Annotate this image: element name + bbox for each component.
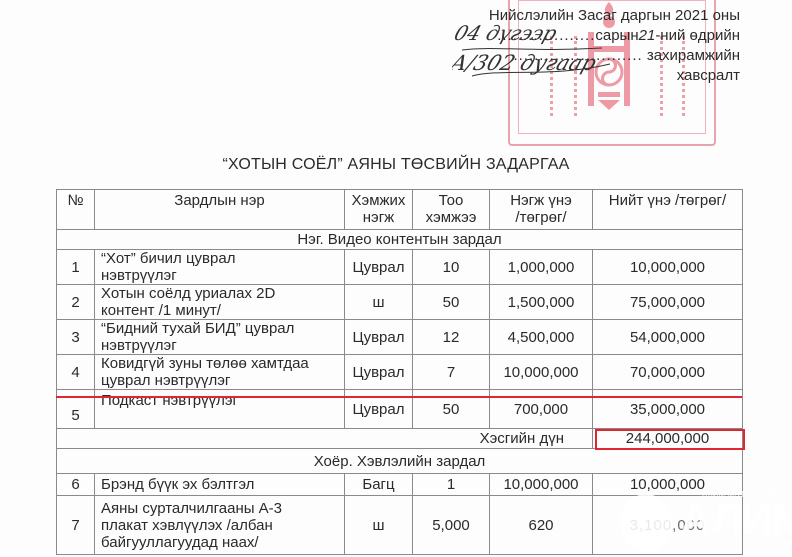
header-unit: Хэмжихнэгж — [345, 190, 413, 230]
table-row: 4 Ковидгүй зуны төлөө хамтдаацуврал нэвт… — [57, 355, 743, 390]
header-total: Нийт үнэ /төгрөг/ — [593, 190, 743, 230]
table-row: 3 “Бидний тухай БИД” цувралнэвтрүүлэг Цу… — [57, 320, 743, 355]
table-row: 2 Хотын соёлд уриалах 2Dконтент /1 минут… — [57, 285, 743, 320]
subtotal-label: Хэсгийн дүн — [57, 429, 593, 449]
section-header-print: Хоёр. Хэвлэлийн зардал — [57, 449, 743, 474]
handwritten-annotation-icon: 04 дүгээр А/302 дугаар — [452, 18, 612, 80]
table-row: 1 “Хот” бичил цувралнэвтрүүлэг Цуврал 10… — [57, 250, 743, 285]
header-unit-price: Нэгж үнэ/төгрөг/ — [490, 190, 593, 230]
red-box-subtotal-annotation — [595, 429, 745, 450]
table-header-row: № Зардлын нэр Хэмжихнэгж Тоохэмжээ Нэгж … — [57, 190, 743, 230]
header-qty: Тоохэмжээ — [413, 190, 490, 230]
table-row: 6 Брэнд бүүк эх бэлтгэл Багц 1 10,000,00… — [57, 474, 743, 496]
document-title: “ХОТЫН СОЁЛ” АЯНЫ ТӨСВИЙН ЗАДАРГАА — [0, 156, 792, 174]
handwritten-day: 21 — [639, 27, 656, 44]
svg-text:04 дүгээр: 04 дүгээр — [452, 21, 560, 44]
section-header-video: Нэг. Видео контентын зардал — [57, 230, 743, 250]
header-name: Зардлын нэр — [95, 190, 345, 230]
red-underline-annotation — [56, 396, 742, 398]
budget-table: № Зардлын нэр Хэмжихнэгж Тоохэмжээ Нэгж … — [56, 189, 743, 555]
header-no: № — [57, 190, 95, 230]
table-row: 7 Аяны сурталчилгааны А-3плакат хэвлүүлэ… — [57, 496, 743, 555]
